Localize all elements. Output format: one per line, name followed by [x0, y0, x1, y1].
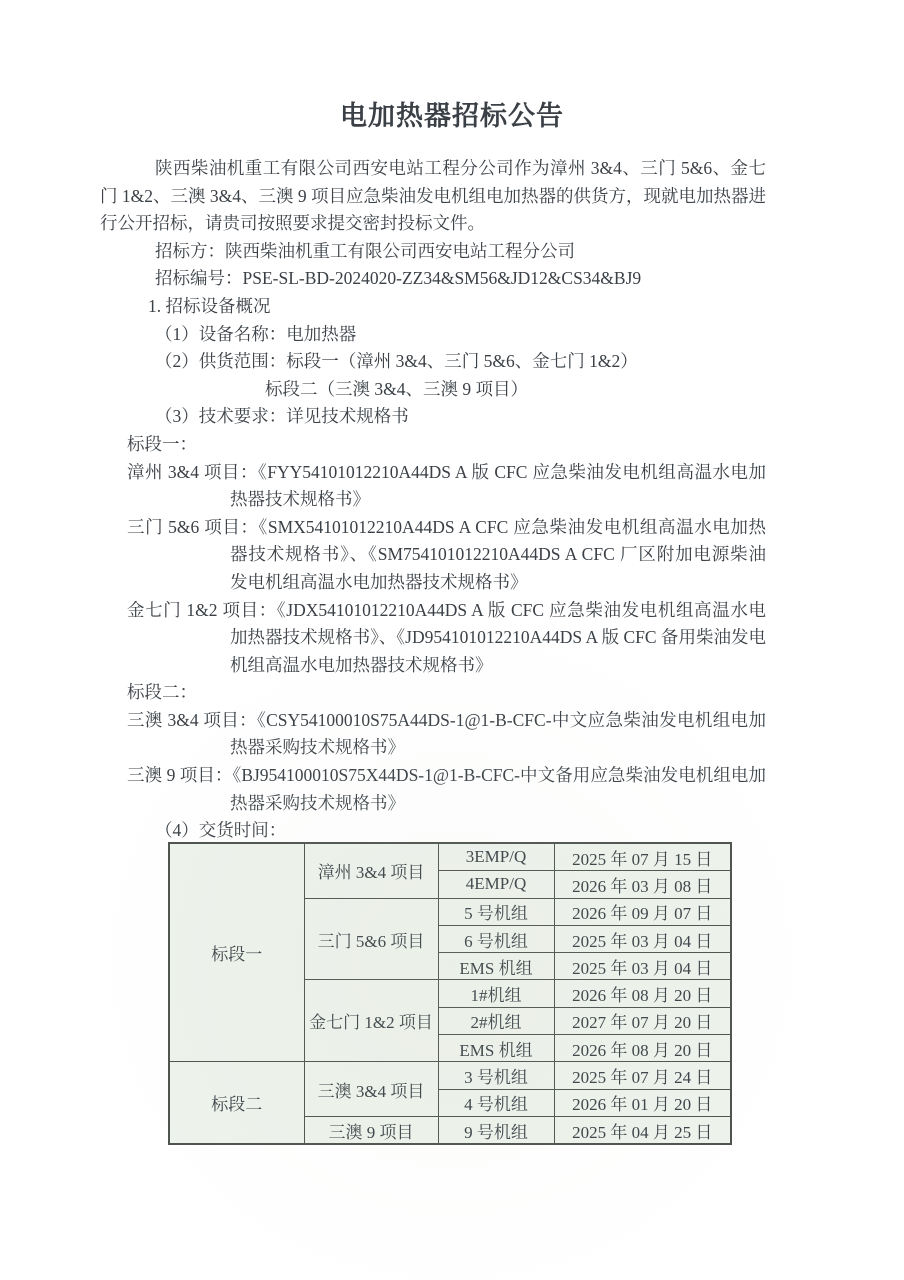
page-title: 电加热器招标公告 — [0, 94, 904, 133]
lot1-spec-zhangzhou: 漳州 3&4 项目：《FYY54101012210A44DS A 版 CFC 应… — [230, 459, 766, 514]
supply-scope-line2: 标段二（三澳 3&4、三澳 9 项目） — [265, 376, 766, 404]
intro-paragraph: 陕西柴油机重工有限公司西安电站工程分公司作为漳州 3&4、三门 5&6、金七门 … — [100, 155, 766, 238]
date-cell: 2025 年 03 月 04 日 — [554, 953, 731, 980]
delivery-time-heading: （4）交货时间： — [155, 817, 766, 845]
tech-requirements-line: （3）技术要求：详见技术规格书 — [155, 403, 766, 431]
lot1-spec-sanmen: 三门 5&6 项目：《SMX54101012210A44DS A CFC 应急柴… — [230, 514, 766, 597]
project-cell: 三澳 9 项目 — [304, 1116, 438, 1144]
lot2-spec-sanao9: 三澳 9 项目：《BJ954100010S75X44DS-1@1-B-CFC-中… — [230, 762, 766, 817]
unit-cell: 2#机组 — [438, 1007, 554, 1034]
date-cell: 2026 年 08 月 20 日 — [554, 1035, 731, 1062]
date-cell: 2026 年 08 月 20 日 — [554, 980, 731, 1007]
unit-cell: EMS 机组 — [438, 953, 554, 980]
date-cell: 2025 年 07 月 15 日 — [554, 843, 731, 871]
project-cell: 漳州 3&4 项目 — [304, 843, 438, 898]
date-cell: 2025 年 03 月 04 日 — [554, 925, 731, 952]
date-cell: 2026 年 09 月 07 日 — [554, 898, 731, 925]
bidder-line: 招标方：陕西柴油机重工有限公司西安电站工程分公司 — [100, 238, 766, 266]
unit-cell: 3EMP/Q — [438, 843, 554, 871]
table-row: 标段一 漳州 3&4 项目 3EMP/Q 2025 年 07 月 15 日 — [169, 843, 731, 871]
project-cell: 三门 5&6 项目 — [304, 898, 438, 980]
date-cell: 2025 年 04 月 25 日 — [554, 1116, 731, 1144]
section1-heading: 1. 招标设备概况 — [148, 293, 766, 321]
unit-cell: 4EMP/Q — [438, 871, 554, 898]
bid-number-line: 招标编号：PSE-SL-BD-2024020-ZZ34&SM56&JD12&CS… — [100, 265, 766, 293]
lot1-heading: 标段一： — [127, 431, 766, 459]
unit-cell: 6 号机组 — [438, 925, 554, 952]
lot2-spec-sanao34: 三澳 3&4 项目：《CSY54100010S75A44DS-1@1-B-CFC… — [230, 707, 766, 762]
lot-cell: 标段一 — [169, 843, 304, 1062]
unit-cell: 1#机组 — [438, 980, 554, 1007]
unit-cell: 9 号机组 — [438, 1116, 554, 1144]
date-cell: 2025 年 07 月 24 日 — [554, 1062, 731, 1089]
delivery-table: 标段一 漳州 3&4 项目 3EMP/Q 2025 年 07 月 15 日 4E… — [168, 842, 732, 1145]
table-row: 标段二 三澳 3&4 项目 3 号机组 2025 年 07 月 24 日 — [169, 1062, 731, 1089]
project-cell: 金七门 1&2 项目 — [304, 980, 438, 1062]
document-page: 电加热器招标公告 陕西柴油机重工有限公司西安电站工程分公司作为漳州 3&4、三门… — [0, 0, 904, 1280]
lot2-heading: 标段二： — [127, 679, 766, 707]
supply-scope-line1: （2）供货范围：标段一（漳州 3&4、三门 5&6、金七门 1&2） — [155, 348, 766, 376]
lot-cell: 标段二 — [169, 1062, 304, 1144]
unit-cell: 4 号机组 — [438, 1089, 554, 1116]
unit-cell: EMS 机组 — [438, 1035, 554, 1062]
date-cell: 2026 年 03 月 08 日 — [554, 871, 731, 898]
document-body: 陕西柴油机重工有限公司西安电站工程分公司作为漳州 3&4、三门 5&6、金七门 … — [100, 155, 766, 845]
date-cell: 2026 年 01 月 20 日 — [554, 1089, 731, 1116]
unit-cell: 3 号机组 — [438, 1062, 554, 1089]
date-cell: 2027 年 07 月 20 日 — [554, 1007, 731, 1034]
lot1-spec-jinqimen: 金七门 1&2 项目：《JDX54101012210A44DS A 版 CFC … — [230, 597, 766, 680]
device-name-line: （1）设备名称：电加热器 — [155, 321, 766, 349]
unit-cell: 5 号机组 — [438, 898, 554, 925]
project-cell: 三澳 3&4 项目 — [304, 1062, 438, 1117]
